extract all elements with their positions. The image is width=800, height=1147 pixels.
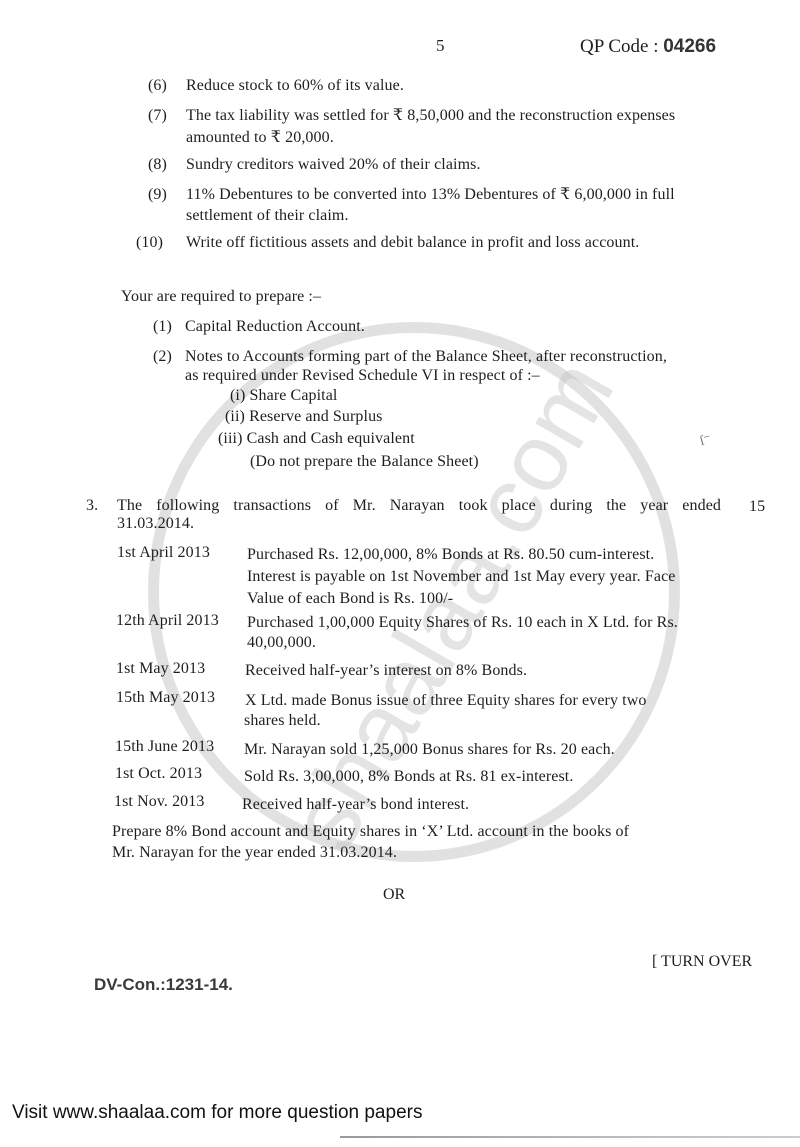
item-label: (7) <box>148 107 167 124</box>
transaction-text: Interest is payable on 1st November and … <box>247 567 676 587</box>
question-number: 3. <box>86 496 98 516</box>
qp-code-label: QP Code : <box>580 36 658 57</box>
question-instruction: Prepare 8% Bond account and Equity share… <box>112 822 629 842</box>
page-edge-shadow <box>340 1136 800 1138</box>
item-text: Capital Reduction Account. <box>185 317 365 337</box>
sub-item-text: Share Capital <box>250 387 338 404</box>
transaction-text: shares held. <box>244 711 321 731</box>
item-text: as required under Revised Schedule VI in… <box>185 366 540 386</box>
note: (Do not prepare the Balance Sheet) <box>250 452 479 472</box>
item-text: The tax liability was settled for ₹ 8,50… <box>186 106 675 126</box>
item-label: (8) <box>148 156 167 173</box>
question-intro-line2: 31.03.2014. <box>117 514 194 534</box>
list-item: (10) Write off fictitious assets and deb… <box>136 233 163 253</box>
sub-item-label: (i) <box>230 387 245 404</box>
item-text: Notes to Accounts forming part of the Ba… <box>185 347 667 367</box>
qp-code-value: 04266 <box>663 36 716 57</box>
item-label: (2) <box>153 348 172 365</box>
or-separator: OR <box>383 886 405 904</box>
transaction-text: Mr. Narayan sold 1,25,000 Bonus shares f… <box>244 740 615 760</box>
transaction-text: 40,00,000. <box>247 633 316 653</box>
question-marks: 15 <box>749 497 765 517</box>
list-item: (1) Capital Reduction Account. <box>153 317 172 337</box>
transaction-date: 15th May 2013 <box>116 688 215 708</box>
sub-item-text: Reserve and Surplus <box>249 408 382 425</box>
question-intro: The following transactions of Mr. Naraya… <box>117 496 721 516</box>
sub-item-label: (ii) <box>225 408 245 425</box>
list-item: (7) The tax liability was settled for ₹ … <box>148 106 167 126</box>
item-text: Reduce stock to 60% of its value. <box>186 76 404 96</box>
item-text: 11% Debentures to be converted into 13% … <box>186 185 675 205</box>
turn-over-label: [ TURN OVER <box>652 953 752 971</box>
item-text: Write off fictitious assets and debit ba… <box>186 233 639 253</box>
visit-link-text[interactable]: Visit www.shaalaa.com for more question … <box>12 1102 422 1124</box>
sub-item-text: Cash and Cash equivalent <box>247 430 415 447</box>
transaction-text: Sold Rs. 3,00,000, 8% Bonds at Rs. 81 ex… <box>244 767 573 787</box>
sub-item: (iii) Cash and Cash equivalent <box>218 429 415 449</box>
sub-item-label: (iii) <box>218 430 243 447</box>
transaction-text: Received half-year’s interest on 8% Bond… <box>245 661 527 681</box>
sub-item: (ii) Reserve and Surplus <box>225 407 383 427</box>
item-text: amounted to ₹ 20,000. <box>186 128 334 148</box>
list-item: (2) Notes to Accounts forming part of th… <box>153 347 172 367</box>
transaction-date: 15th June 2013 <box>115 737 214 757</box>
required-intro: Your are required to prepare :– <box>121 287 321 307</box>
transaction-text: Purchased Rs. 12,00,000, 8% Bonds at Rs.… <box>247 545 654 565</box>
sub-item: (i) Share Capital <box>230 386 337 406</box>
transaction-date: 12th April 2013 <box>116 611 219 631</box>
pen-mark: ſ⁻ <box>698 431 713 450</box>
question-instruction-line2: Mr. Narayan for the year ended 31.03.201… <box>112 843 397 863</box>
item-label: (6) <box>148 77 167 94</box>
item-label: (9) <box>148 186 167 203</box>
list-item: (6) Reduce stock to 60% of its value. <box>148 76 167 96</box>
item-label: (1) <box>153 318 172 335</box>
transaction-date: 1st Nov. 2013 <box>114 792 205 812</box>
transaction-text: Value of each Bond is Rs. 100/- <box>247 589 453 609</box>
page-number: 5 <box>436 36 445 56</box>
item-text: settlement of their claim. <box>186 206 349 226</box>
item-label: (10) <box>136 234 163 251</box>
transaction-text: X Ltd. made Bonus issue of three Equity … <box>245 691 646 711</box>
transaction-date: 1st May 2013 <box>116 659 205 679</box>
transaction-text: Purchased 1,00,000 Equity Shares of Rs. … <box>247 613 678 633</box>
transaction-date: 1st Oct. 2013 <box>115 764 202 784</box>
transaction-date: 1st April 2013 <box>117 543 210 563</box>
item-text: Sundry creditors waived 20% of their cla… <box>186 155 481 175</box>
transaction-text: Received half-year’s bond interest. <box>242 795 469 815</box>
list-item: (8) Sundry creditors waived 20% of their… <box>148 155 167 175</box>
qp-code: QP Code : 04266 <box>580 36 716 58</box>
list-item: (9) 11% Debentures to be converted into … <box>148 185 167 205</box>
footer-code: DV-Con.:1231-14. <box>94 975 233 995</box>
